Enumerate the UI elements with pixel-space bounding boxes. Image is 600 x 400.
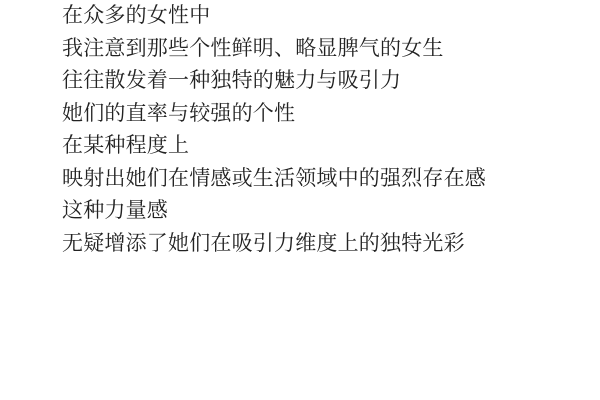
text-line: 无疑增添了她们在吸引力维度上的独特光彩	[62, 228, 580, 261]
text-line: 这种力量感	[62, 195, 580, 228]
text-block: 在众多的女性中 我注意到那些个性鲜明、略显脾气的女生 往往散发着一种独特的魅力与…	[0, 0, 600, 260]
text-line: 在众多的女性中	[62, 0, 580, 33]
text-line: 在某种程度上	[62, 130, 580, 163]
text-line: 往往散发着一种独特的魅力与吸引力	[62, 65, 580, 98]
text-line: 她们的直率与较强的个性	[62, 98, 580, 131]
text-line: 映射出她们在情感或生活领域中的强烈存在感	[62, 163, 580, 196]
text-line: 我注意到那些个性鲜明、略显脾气的女生	[62, 33, 580, 66]
